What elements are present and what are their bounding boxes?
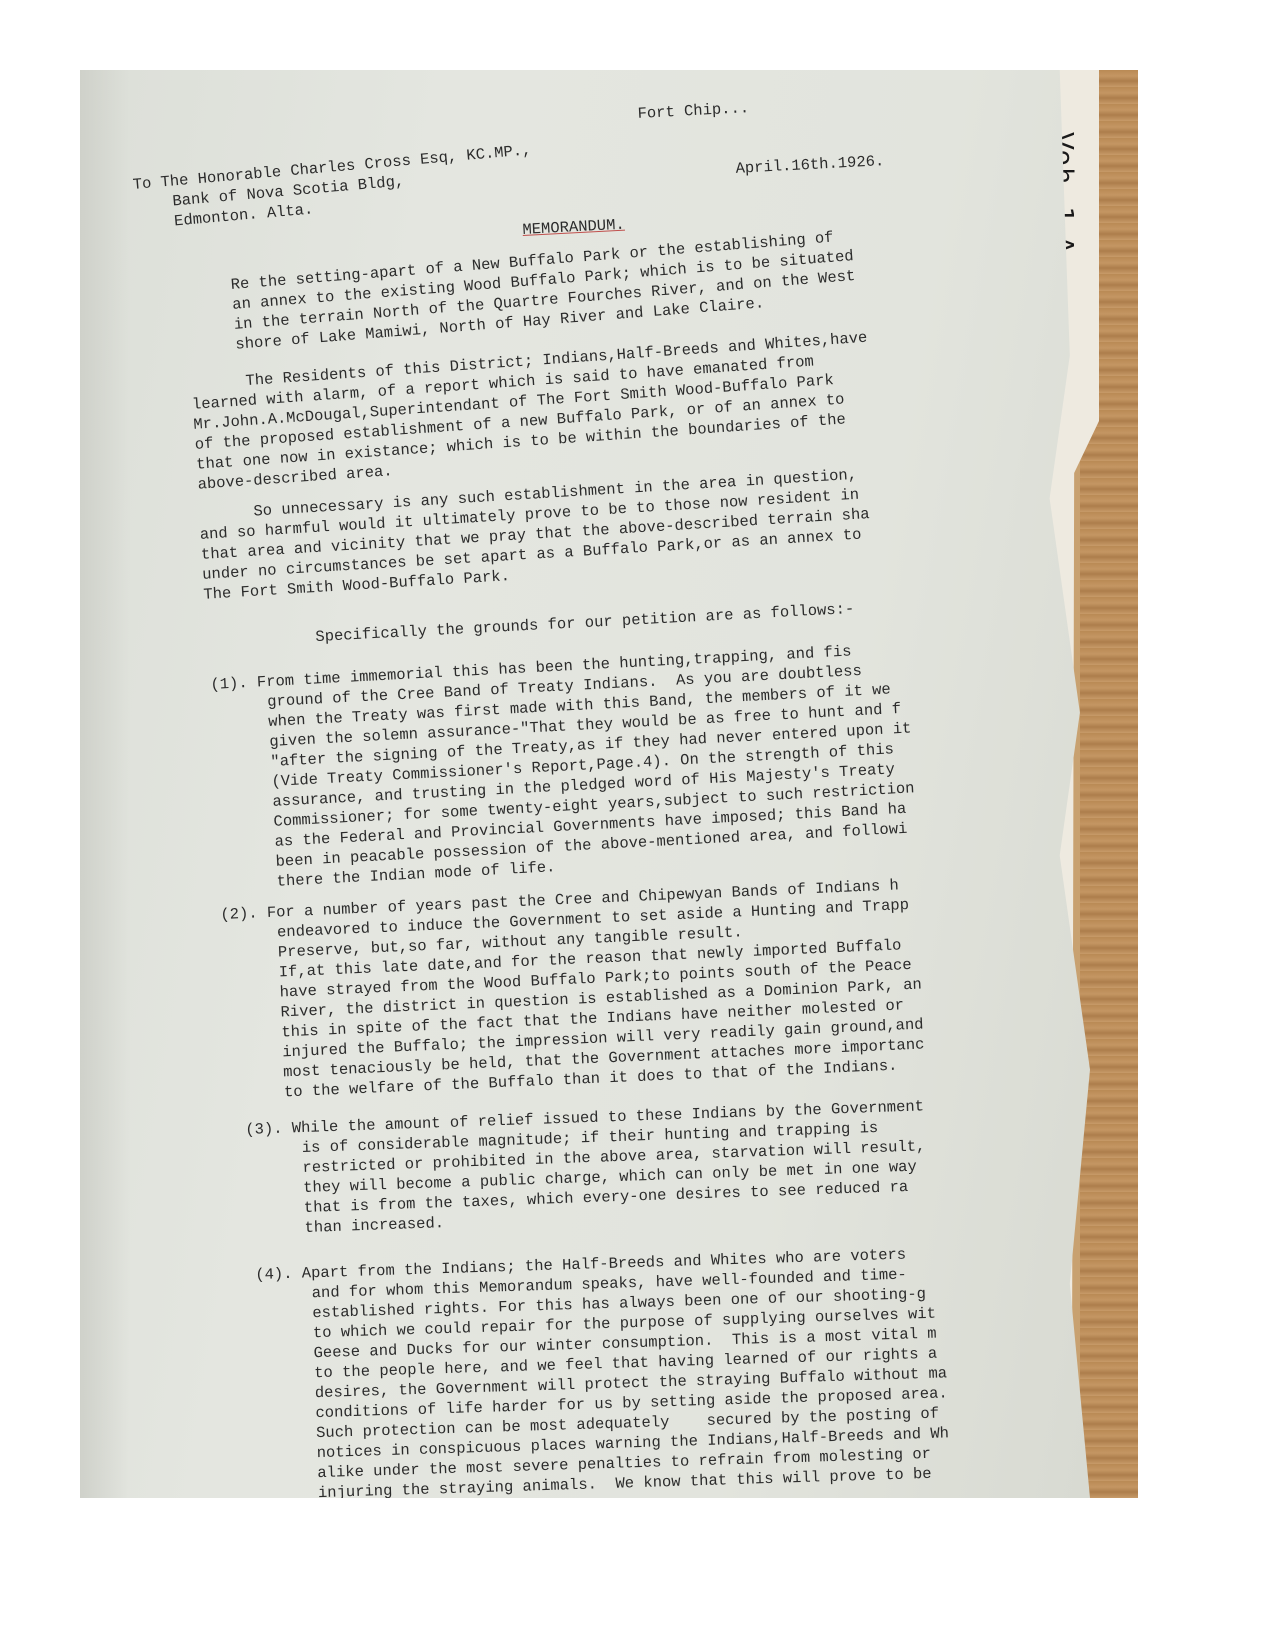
- item-1: (1). From time immemorial this has been …: [210, 638, 918, 894]
- addressee-block: To The Honorable Charles Cross Esq, KC.M…: [132, 140, 536, 235]
- header-block: Fort Chip... April.16th.1926.: [635, 70, 887, 224]
- memo-title: MEMORANDUM.: [522, 215, 625, 240]
- text-line: Specifically the grounds for our petitio…: [260, 599, 855, 650]
- item-3: (3). While the amount of relief issued t…: [245, 1096, 928, 1240]
- item-4: (4). Apart from the Indians; the Half-Br…: [255, 1243, 951, 1498]
- header-date: April.16th.1926.: [640, 151, 885, 184]
- document-photo: Voh. 1-A Fort Chip... April.16th.1926. T…: [80, 70, 1138, 1498]
- paragraph-grounds: Specifically the grounds for our petitio…: [260, 599, 855, 650]
- item-2: (2). For a number of years past the Cree…: [220, 875, 926, 1105]
- header-place: Fort Chip...: [637, 91, 882, 124]
- memo-paper: Fort Chip... April.16th.1926. To The Hon…: [80, 70, 1090, 1498]
